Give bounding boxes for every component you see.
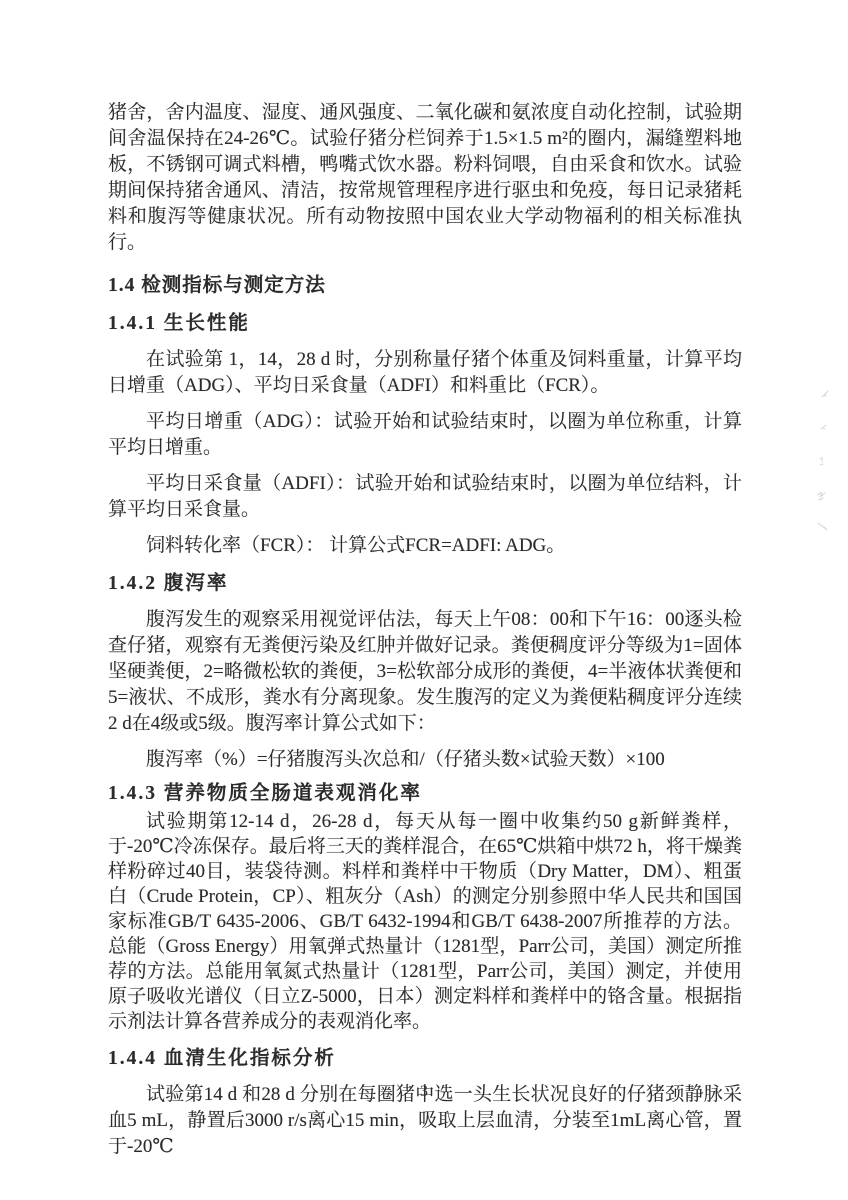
paragraph-digestibility-method: 试验期第12-14 d，26-28 d，每天从每一圈中收集约50 g新鲜粪样，于…	[108, 809, 742, 1034]
page-content: 猪舍，舍内温度、湿度、通风强度、二氧化碳和氨浓度自动化控制，试验期间舍温保持在2…	[108, 100, 742, 1160]
section-heading-1-4-1: 1.4.1 生长性能	[108, 311, 742, 337]
paragraph-growth-measurement: 在试验第 1，14，28 d 时，分别称量仔猪个体重及饲料重量，计算平均日增重（…	[108, 347, 742, 399]
section-heading-1-4-4: 1.4.4 血清生化指标分析	[108, 1046, 742, 1072]
paragraph-fcr-definition: 饲料转化率（FCR）： 计算公式FCR=ADFI: ADG。	[108, 533, 742, 559]
page-number: 3	[0, 1082, 848, 1102]
paragraph-diarrhea-scoring: 腹泻发生的观察采用视觉评估法，每天上午08：00和下午16：00逐头检查仔猪，观…	[108, 607, 742, 737]
section-heading-1-4: 1.4 检测指标与测定方法	[108, 273, 742, 299]
paragraph-housing-conditions: 猪舍，舍内温度、湿度、通风强度、二氧化碳和氨浓度自动化控制，试验期间舍温保持在2…	[108, 100, 742, 256]
section-heading-1-4-3: 1.4.3 营养物质全肠道表观消化率	[108, 781, 742, 807]
paragraph-adfi-definition: 平均日采食量（ADFI）：试验开始和试验结束时，以圈为单位结料，计算平均日采食量…	[108, 471, 742, 523]
paragraph-adg-definition: 平均日增重（ADG）：试验开始和试验结束时，以圈为单位称重，计算平均日增重。	[108, 409, 742, 461]
diarrhea-rate-formula: 腹泻率（%）=仔猪腹泻头次总和/（仔猪头数×试验天数）×100	[108, 747, 742, 773]
document-page: 猪舍，舍内温度、湿度、通风强度、二氧化碳和氨浓度自动化控制，试验期间舍温保持在2…	[0, 0, 848, 1200]
margin-pencil-marks-icon	[804, 383, 838, 533]
section-heading-1-4-2: 1.4.2 腹泻率	[108, 571, 742, 597]
